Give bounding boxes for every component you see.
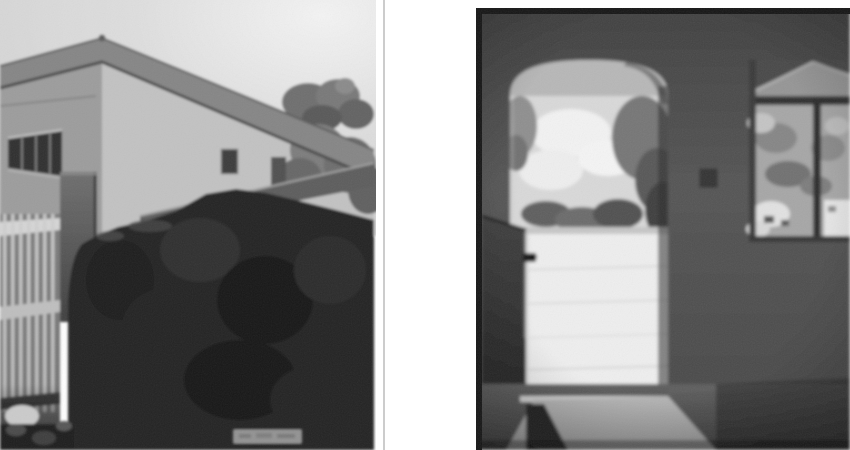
film-grain-overlay <box>476 8 850 450</box>
column-divider-line <box>383 0 385 450</box>
photo-collage-canvas <box>0 0 850 450</box>
interior-doorway-photo <box>476 8 850 450</box>
film-grain-overlay <box>0 0 376 450</box>
exterior-house-photo <box>0 0 376 450</box>
